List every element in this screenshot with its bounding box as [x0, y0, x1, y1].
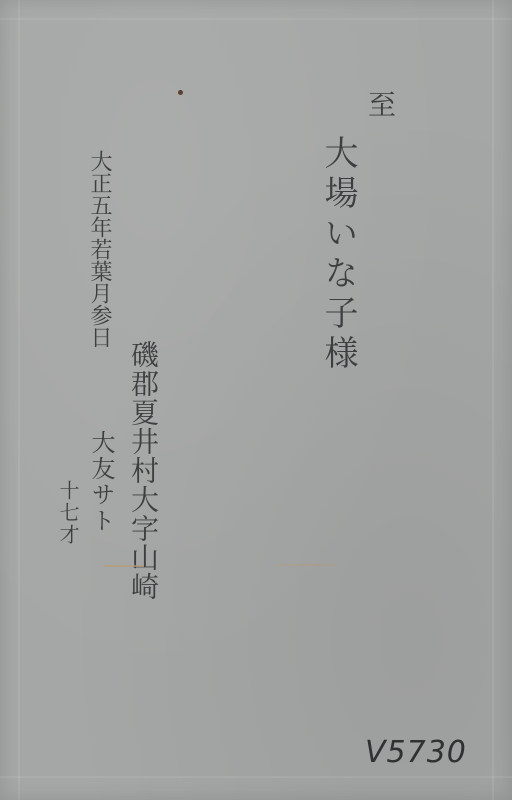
sender-address: 磯郡夏井村大字山崎 — [128, 340, 158, 601]
recipient-prefix: 至 — [360, 90, 400, 120]
seal-line-left — [104, 565, 144, 567]
sender-age: 十七才 — [58, 480, 78, 546]
paper-fold-left — [18, 0, 20, 800]
seal-line-right — [275, 564, 335, 566]
envelope-paper: 至 大場いな子様 大正五年若葉月参日 磯郡夏井村大字山崎 大友サト 十七才 V5… — [0, 0, 512, 800]
paper-fold-right — [492, 0, 494, 800]
sender-name: 大友サト — [88, 430, 114, 534]
paper-fold-top — [0, 18, 512, 20]
catalog-number: V5730 — [365, 735, 467, 770]
date-text: 大正五年若葉月参日 — [88, 150, 110, 348]
ink-spot — [178, 90, 183, 95]
paper-fold-bottom — [0, 776, 512, 778]
recipient-name: 大場いな子様 — [318, 135, 358, 375]
